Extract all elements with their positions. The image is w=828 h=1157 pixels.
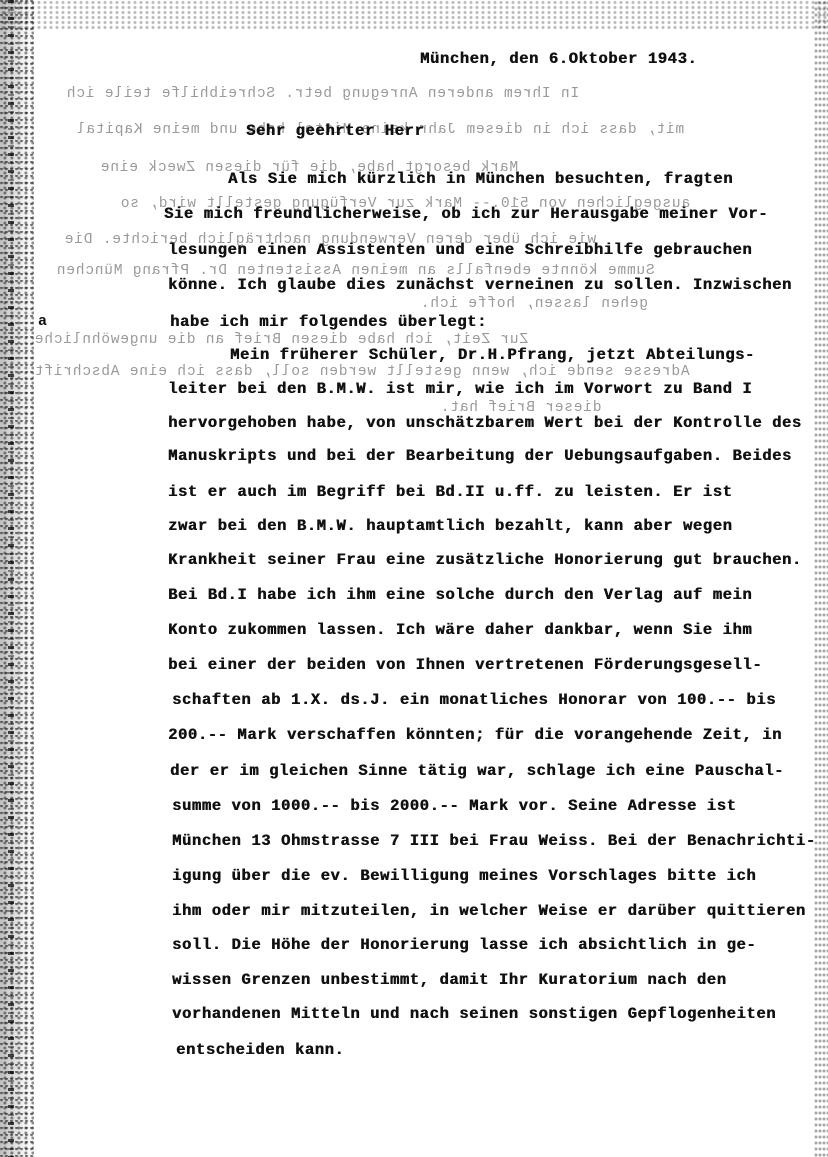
body-line: Bei Bd.I habe ich ihm eine solche durch … [168, 586, 752, 604]
body-line: igung über die ev. Bewilligung meines Vo… [172, 867, 756, 885]
body-line: vorhandenen Mitteln und nach seinen sons… [172, 1005, 776, 1023]
bleed-through-line: In Ihrem anderen Anregung betr. Schreibh… [66, 86, 579, 102]
body-line: Manuskripts und bei der Bearbeitung der … [168, 447, 792, 465]
body-line: Krankheit seiner Frau eine zusätzliche H… [168, 551, 802, 569]
body-line: habe ich mir folgendes überlegt: [170, 313, 487, 331]
body-line: Als Sie mich kürzlich in München besucht… [228, 170, 733, 188]
salutation: Sehr geehrter Herr [246, 122, 424, 140]
document-page: In Ihrem anderen Anregung betr. Schreibh… [0, 0, 828, 1157]
body-line: könne. Ich glaube dies zunächst verneine… [168, 276, 792, 294]
body-line: zwar bei den B.M.W. hauptamtlich bezahlt… [168, 517, 732, 535]
body-line: entscheiden kann. [176, 1041, 344, 1059]
body-line: ist er auch im Begriff bei Bd.II u.ff. z… [168, 483, 732, 501]
scan-edge-band [8, 0, 14, 1157]
body-line: München 13 Ohmstrasse 7 III bei Frau Wei… [172, 832, 816, 850]
body-line: bei einer der beiden von Ihnen vertreten… [168, 656, 762, 674]
scan-edge-left [0, 0, 34, 1157]
scan-noise-top [0, 0, 828, 30]
bleed-through-line: Adresse sende ich, wenn gestellt werden … [34, 364, 690, 380]
margin-mark: a [38, 313, 47, 330]
body-line: lesungen einen Assistenten und eine Schr… [168, 241, 752, 259]
body-line: ihm oder mir mitzuteilen, in welcher Wei… [172, 902, 806, 920]
body-line: der er im gleichen Sinne tätig war, schl… [170, 762, 784, 780]
scan-noise-right [814, 0, 828, 1157]
body-line: wissen Grenzen unbestimmt, damit Ihr Kur… [172, 971, 726, 989]
body-line: hervorgehoben habe, von unschätzbarem We… [168, 414, 802, 432]
body-line: schaften ab 1.X. ds.J. ein monatliches H… [172, 691, 776, 709]
bleed-through-line: gehen lassen, hoffe ich. [420, 296, 648, 312]
body-line: Sie mich freundlicherweise, ob ich zur H… [164, 205, 768, 223]
body-line: Mein früherer Schüler, Dr.H.Pfrang, jetz… [230, 346, 755, 364]
date-line: München, den 6.Oktober 1943. [420, 50, 697, 68]
body-line: Konto zukommen lassen. Ich wäre daher da… [168, 621, 752, 639]
body-line: summe von 1000.-- bis 2000.-- Mark vor. … [172, 797, 736, 815]
body-line: leiter bei den B.M.W. ist mir, wie ich i… [168, 380, 752, 398]
body-line: 200.-- Mark verschaffen könnten; für die… [168, 726, 782, 744]
body-line: soll. Die Höhe der Honorierung lasse ich… [172, 936, 756, 954]
